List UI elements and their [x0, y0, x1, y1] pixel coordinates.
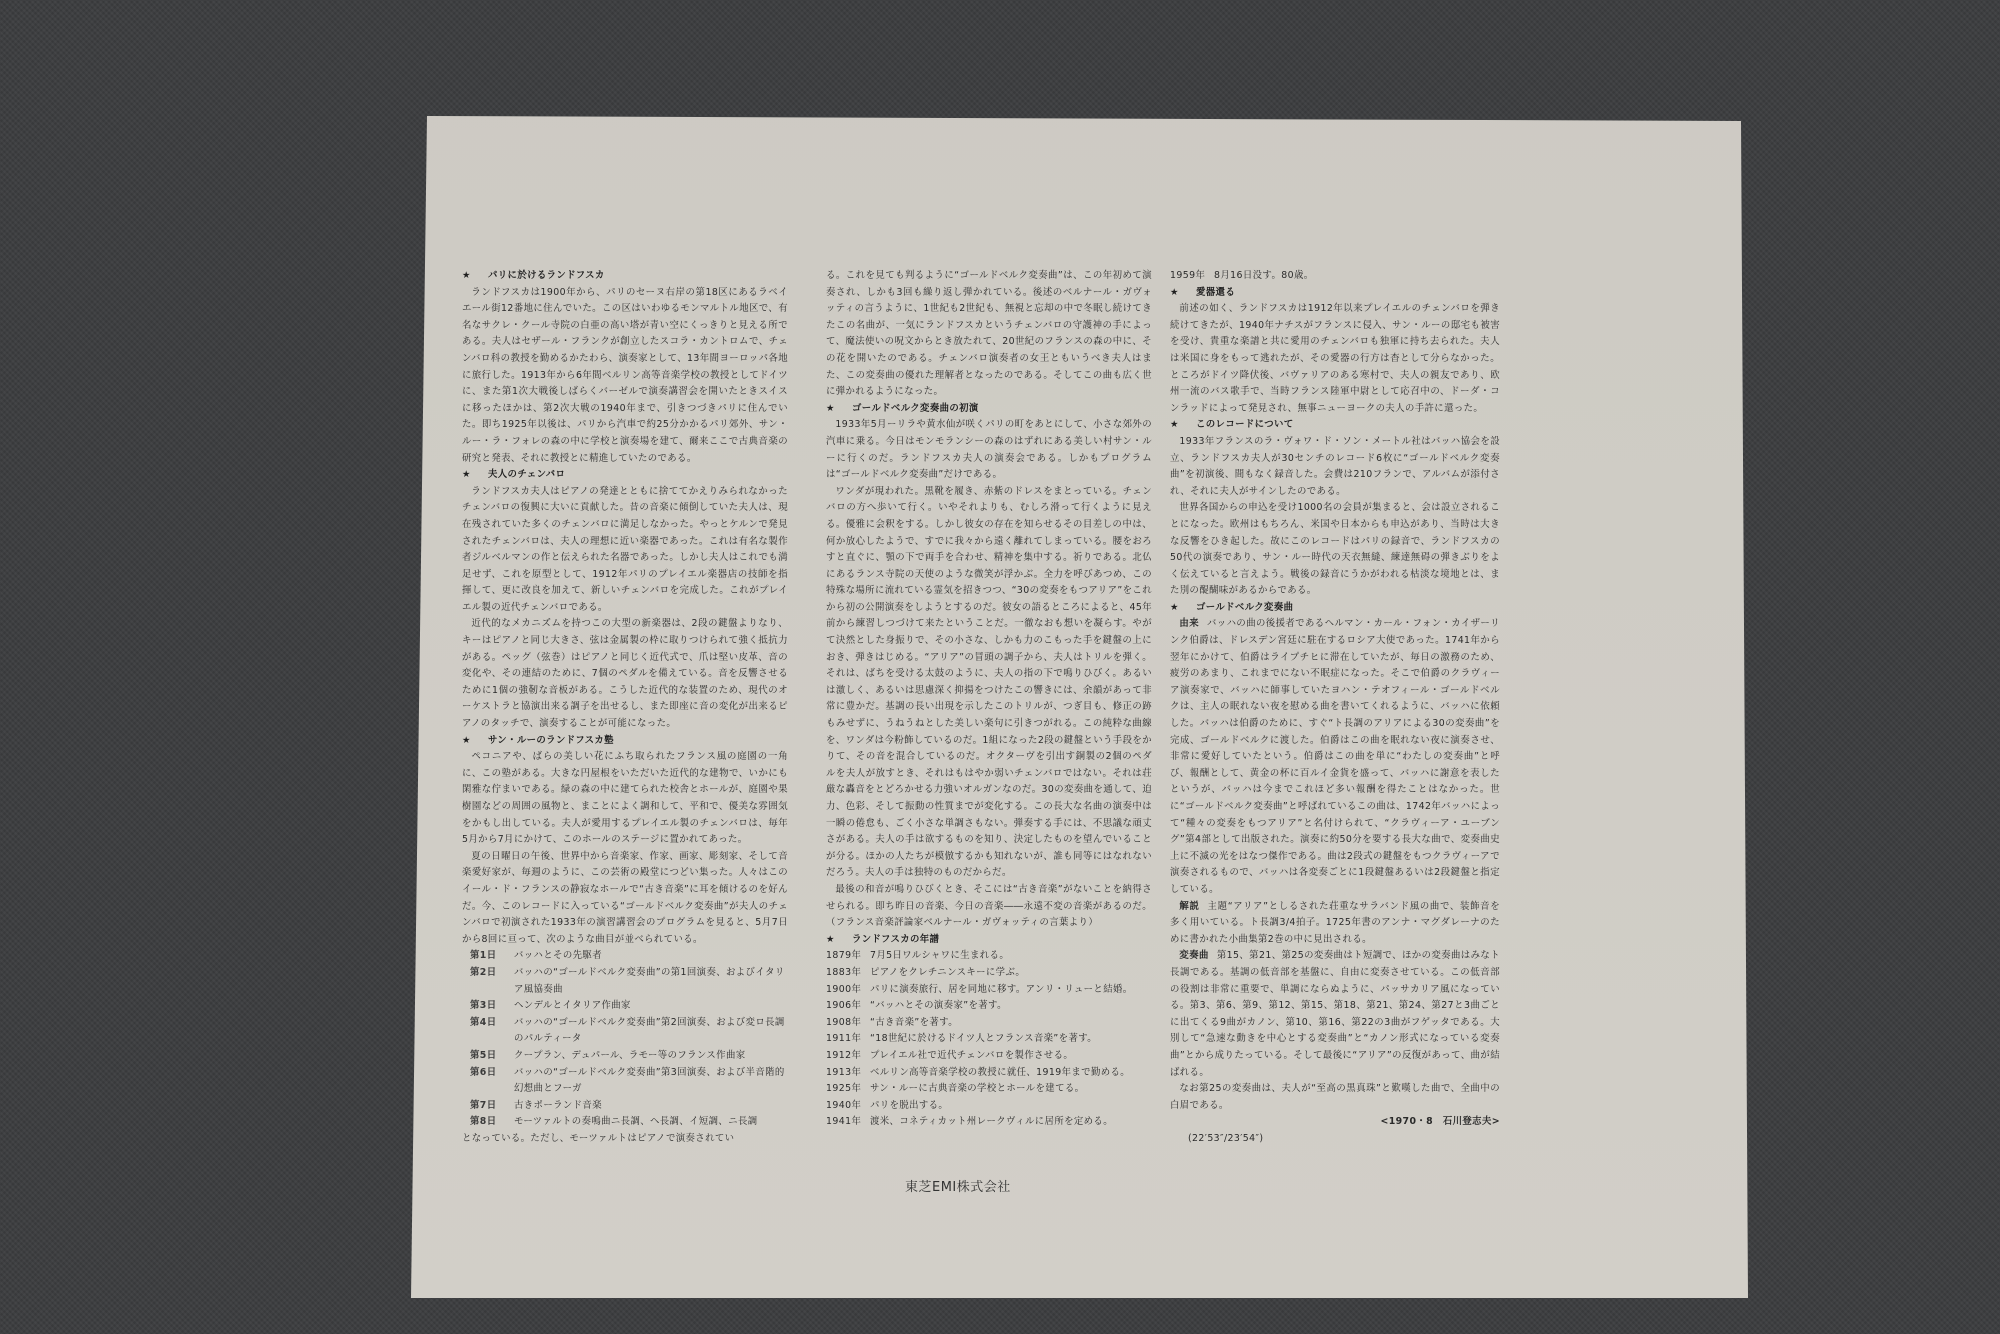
author-signature: <1970・8 石川登志夫>: [1170, 1114, 1500, 1131]
chronology-item: 1911年“18世紀に於けるドイツ人とフランス音楽”を著す。: [826, 1031, 1152, 1048]
star-icon: ★: [1170, 600, 1196, 617]
star-icon: ★: [462, 467, 488, 484]
star-icon: ★: [462, 268, 488, 285]
section-heading-saint-leu-school: ★サン・ルーのランドフスカ塾: [462, 733, 788, 750]
chronology-item: 1883年ピアノをクレチニンスキーに学ぶ。: [826, 965, 1152, 982]
program-item: 第1日バッハとその先駆者: [470, 948, 788, 965]
paragraph: ランドフスカは1900年から、パリのセーヌ右岸の第18区にあるラベイエール街12…: [462, 285, 788, 468]
paragraph-commentary: 解説主題“アリア”としるされた荘重なサラバンド風の曲で、装飾音を多く用いている。…: [1170, 899, 1500, 949]
star-icon: ★: [462, 733, 488, 750]
section-heading-harpsichord: ★夫人のチェンバロ: [462, 467, 788, 484]
chronology-item: 1908年“古き音楽”を著す。: [826, 1015, 1152, 1032]
chronology-item: 1941年渡米、コネティカット州レークヴィルに居所を定める。: [826, 1114, 1152, 1131]
timing-info: (22′53″/23′54″): [1188, 1131, 1500, 1148]
program-item: 第4日バッハの“ゴールドベルク変奏曲”第2回演奏、および変ロ長調のパルティータ: [470, 1015, 788, 1048]
chronology-item: 1925年サン・ルーに古典音楽の学校とホールを建てる。: [826, 1081, 1152, 1098]
paragraph-variations: 変奏曲第15、第21、第25の変奏曲はト短調で、ほかの変奏曲はみなト長調である。…: [1170, 948, 1500, 1081]
paragraph: る。これを見ても判るように“ゴールドベルク変奏曲”は、この年初めて演奏され、しか…: [826, 268, 1152, 401]
paragraph: 近代的なメカニズムを持つこの大型の新楽器は、2段の鍵盤よりなり、キーはピアノと同…: [462, 616, 788, 732]
program-item: 第3日ヘンデルとイタリア作曲家: [470, 998, 788, 1015]
chronology-item: 1912年プレイエル社で近代チェンバロを製作させる。: [826, 1048, 1152, 1065]
column-2: る。これを見ても判るように“ゴールドベルク変奏曲”は、この年初めて演奏され、しか…: [826, 268, 1152, 1131]
star-icon: ★: [826, 401, 852, 418]
program-item: 第7日古きポーランド音楽: [470, 1098, 788, 1115]
chronology-item: 1879年7月5日ワルシャワに生まれる。: [826, 948, 1152, 965]
paragraph: 夏の日曜日の午後、世界中から音楽家、作家、画家、彫刻家、そして音楽愛好家が、毎週…: [462, 849, 788, 949]
section-heading-paris: ★パリに於けるランドフスカ: [462, 268, 788, 285]
paragraph: 前述の如く、ランドフスカは1912年以来プレイエルのチェンバロを弾き続けてきたが…: [1170, 301, 1500, 417]
paragraph: ワンダが現われた。黒靴を履き、赤紫のドレスをまとっている。チェンバロの方へ歩いて…: [826, 484, 1152, 882]
paragraph-origin: 由来バッハの曲の後援者であるヘルマン・カール・フォン・カイザーリンク伯爵は、ドレ…: [1170, 616, 1500, 898]
chronology-item: 1959年8月16日没す。80歳。: [1170, 268, 1500, 285]
paragraph: なお第25の変奏曲は、夫人が“至高の黒真珠”と歎嘆した曲で、全曲中の白眉である。: [1170, 1081, 1500, 1114]
paragraph: 1933年フランスのラ・ヴォワ・ド・ソン・メートル社はバッハ協会を設立、ランドフ…: [1170, 434, 1500, 500]
paragraph: ペコニアや、ばらの美しい花にふち取られたフランス風の庭園の一角に、この塾がある。…: [462, 749, 788, 849]
record-liner-notes-photo: ★パリに於けるランドフスカ ランドフスカは1900年から、パリのセーヌ右岸の第1…: [0, 0, 2000, 1334]
paragraph: 1933年5月ーリラや黄水仙が咲くパリの町をあとにして、小さな郊外の汽車に乗る。…: [826, 417, 1152, 483]
program-item: 第6日バッハの“ゴールドベルク変奏曲”第3回演奏、および半音階的幻想曲とフーガ: [470, 1065, 788, 1098]
star-icon: ★: [826, 932, 852, 949]
column-3: 1959年8月16日没す。80歳。 ★愛器還る 前述の如く、ランドフスカは191…: [1170, 268, 1500, 1147]
chronology-item: 1900年パリに演奏旅行、居を同地に移す。アンリ・リューと結婚。: [826, 982, 1152, 999]
section-heading-goldberg: ★ゴールドベルク変奏曲: [1170, 600, 1500, 617]
star-icon: ★: [1170, 417, 1196, 434]
paragraph: 世界各国からの申込を受け1000名の会員が集まると、会は設立されることになった。…: [1170, 500, 1500, 600]
program-item: 第5日クープラン、デュパール、ラモー等のフランス作曲家: [470, 1048, 788, 1065]
chronology-item: 1906年“バッハとその演奏家”を著す。: [826, 998, 1152, 1015]
star-icon: ★: [1170, 285, 1196, 302]
paragraph: 最後の和音が鳴りひびくとき、そこには“古き音楽”がないことを納得させられる。即ち…: [826, 882, 1152, 932]
program-item: 第8日モーツァルトの奏鳴曲ニ長調、ヘ長調、イ短調、ニ長調: [470, 1114, 788, 1131]
chronology-item: 1913年ベルリン高等音楽学校の教授に就任、1919年まで勤める。: [826, 1065, 1152, 1082]
paragraph: ランドフスカ夫人はピアノの発達とともに捨ててかえりみられなかったチェンバロの復興…: [462, 484, 788, 617]
program-list: 第1日バッハとその先駆者 第2日バッハの“ゴールドベルク変奏曲”の第1回演奏、お…: [462, 948, 788, 1131]
section-heading-chronology: ★ランドフスカの年譜: [826, 932, 1152, 949]
liner-notes-text: ★パリに於けるランドフスカ ランドフスカは1900年から、パリのセーヌ右岸の第1…: [462, 268, 1512, 1148]
section-heading-instrument-returns: ★愛器還る: [1170, 285, 1500, 302]
column-1: ★パリに於けるランドフスカ ランドフスカは1900年から、パリのセーヌ右岸の第1…: [462, 268, 788, 1147]
section-heading-about-record: ★このレコードについて: [1170, 417, 1500, 434]
paragraph: となっている。ただし、モーツァルトはピアノで演奏されてい: [462, 1131, 788, 1148]
chronology-item: 1940年パリを脱出する。: [826, 1098, 1152, 1115]
program-item: 第2日バッハの“ゴールドベルク変奏曲”の第1回演奏、およびイタリア風協奏曲: [470, 965, 788, 998]
publisher-footer: 東芝EMI株式会社: [905, 1176, 1011, 1195]
chronology-list: 1879年7月5日ワルシャワに生まれる。 1883年ピアノをクレチニンスキーに学…: [826, 948, 1152, 1131]
section-heading-premiere: ★ゴールドベルク変奏曲の初演: [826, 401, 1152, 418]
